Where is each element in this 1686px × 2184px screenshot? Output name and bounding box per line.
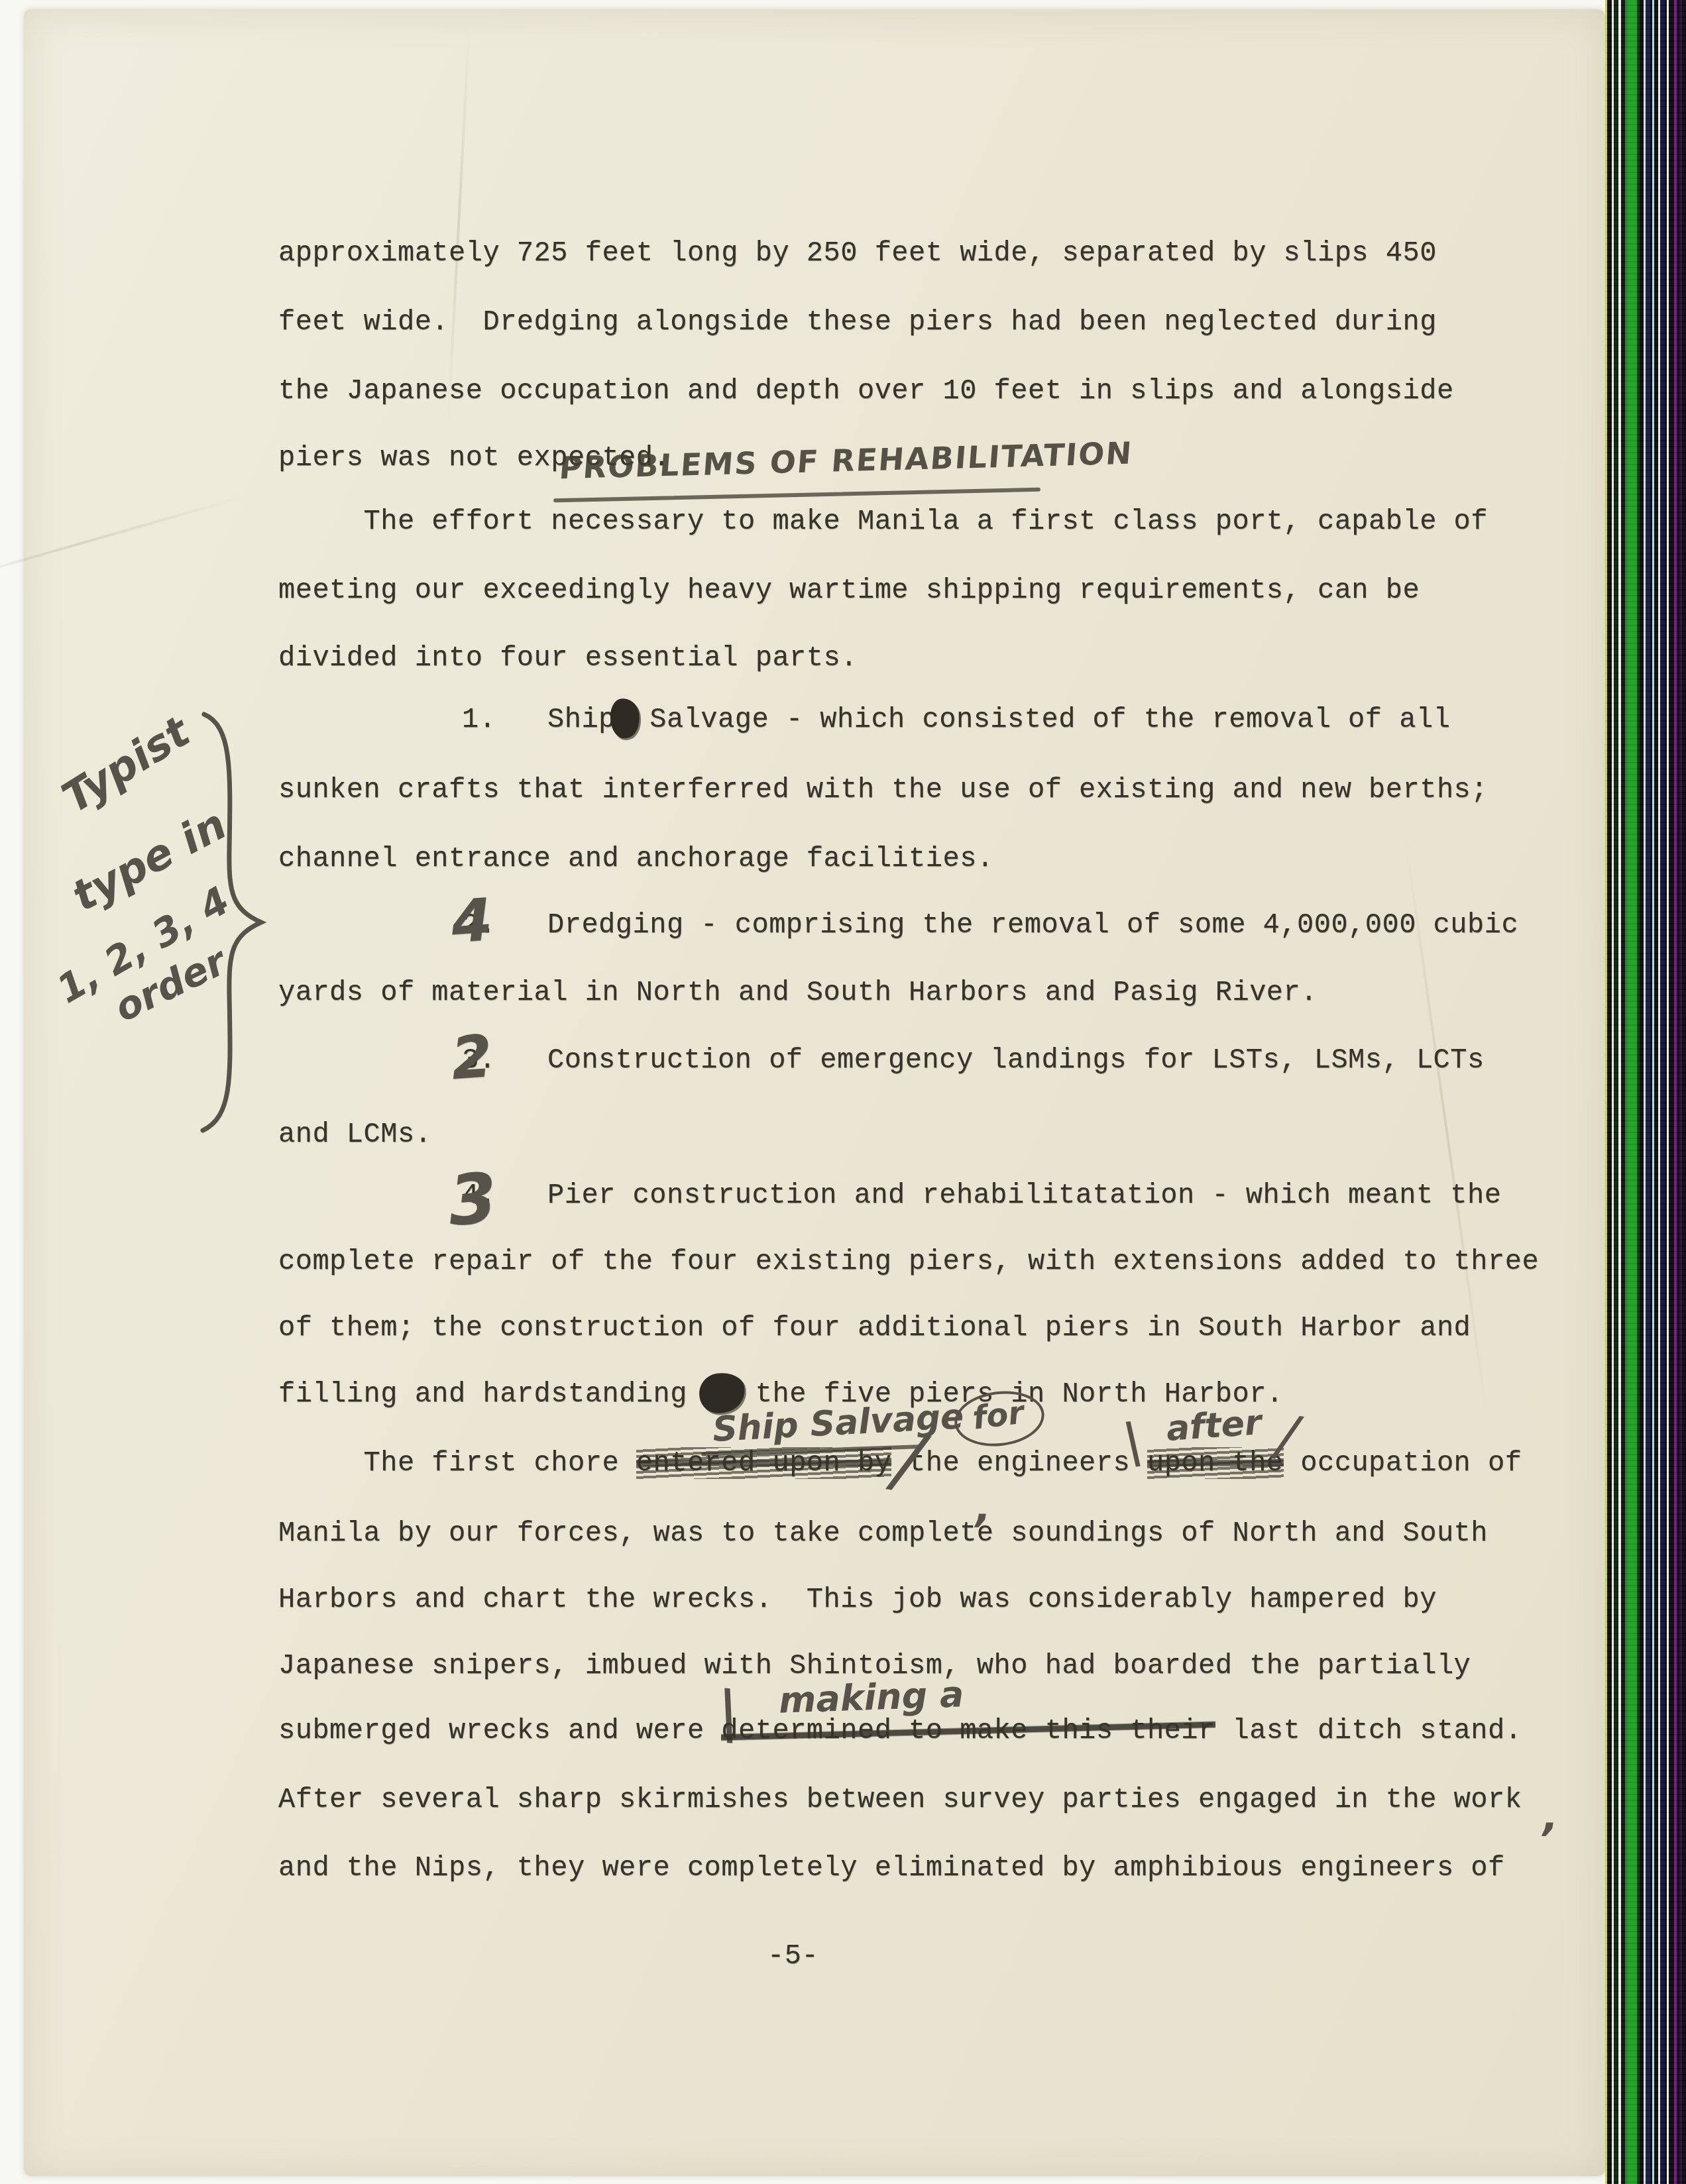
typed-line: After several sharp skirmishes between s…	[278, 1784, 1522, 1816]
typed-line: and LCMs.	[278, 1119, 431, 1150]
typed-line: and the Nips, they were completely elimi…	[278, 1852, 1505, 1884]
typed-line: meeting our exceedingly heavy wartime sh…	[278, 574, 1420, 606]
scribbled-out-text: entered upon by	[636, 1447, 892, 1479]
ink-blot-strikeout: of	[704, 1378, 738, 1410]
handwritten-renumber: 3	[446, 1164, 499, 1236]
handwritten-renumber: 4	[449, 891, 494, 952]
typed-text: Pier construction and rehabilitatation -…	[547, 1179, 1501, 1211]
typed-text: The first chore	[278, 1447, 636, 1479]
typed-text: Dredging - comprising the removal of som…	[547, 909, 1518, 941]
typed-line: approximately 725 feet long by 250 feet …	[278, 237, 1437, 269]
typed-text: last ditch stand.	[1215, 1715, 1522, 1747]
typed-line: of them; the construction of four additi…	[278, 1312, 1471, 1344]
list-item-pier: 34.Pier construction and rehabilitatatio…	[462, 1179, 1501, 1211]
typed-line: yards of material in North and South Har…	[278, 977, 1318, 1009]
list-item-ship-salvage: 1.Ships Salvage - which consisted of the…	[462, 704, 1450, 736]
handwritten-comma-insert: ,	[1543, 1792, 1559, 1840]
handwritten-insert-after: after	[1165, 1403, 1263, 1449]
typed-line: divided into four essential parts.	[278, 642, 858, 674]
typed-number: 1.	[462, 704, 547, 736]
typed-line: Manila by our forces, was to take comple…	[278, 1517, 1488, 1549]
margin-brace	[197, 710, 270, 1134]
typed-line: complete repair of the four existing pie…	[278, 1246, 1539, 1278]
list-item-dredging: 42.Dredging - comprising the removal of …	[462, 909, 1518, 941]
typed-text: submerged wrecks and were	[278, 1715, 721, 1747]
typed-line: channel entrance and anchorage facilitie…	[278, 843, 994, 875]
typed-text: Salvage - which consisted of the removal…	[633, 704, 1451, 736]
typed-line: Harbors and chart the wrecks. This job w…	[278, 1584, 1437, 1615]
typed-text: occupation of	[1284, 1447, 1522, 1479]
typed-text: Ship	[547, 704, 616, 736]
typed-line: filling and hardstanding of the five pie…	[278, 1378, 1284, 1410]
list-item-construction: 23.Construction of emergency landings fo…	[462, 1044, 1485, 1076]
typed-text: filling and hardstanding	[278, 1378, 704, 1410]
typed-line: the Japanese occupation and depth over 1…	[278, 375, 1454, 407]
struck-out-text: determined to make this their	[721, 1715, 1215, 1747]
typed-line: The effort necessary to make Manila a fi…	[278, 506, 1488, 537]
typed-line: sunken crafts that interferred with the …	[278, 774, 1488, 806]
typed-line: submerged wrecks and were determined to …	[278, 1715, 1522, 1747]
handwritten-insert-making-a: making a	[778, 1673, 964, 1721]
typed-line: feet wide. Dredging alongside these pier…	[278, 306, 1437, 338]
page-number: -5-	[767, 1940, 818, 1972]
handwritten-renumber: 2	[449, 1027, 494, 1088]
scanned-document-page: approximately 725 feet long by 250 feet …	[0, 0, 1686, 2184]
ink-blot-strikeout: s	[616, 704, 633, 736]
typed-text: Construction of emergency landings for L…	[547, 1044, 1485, 1076]
scribbled-out-text: upon the	[1147, 1447, 1284, 1479]
scan-edge-artifact	[1605, 0, 1686, 2184]
typed-text: the engineers	[891, 1447, 1147, 1479]
